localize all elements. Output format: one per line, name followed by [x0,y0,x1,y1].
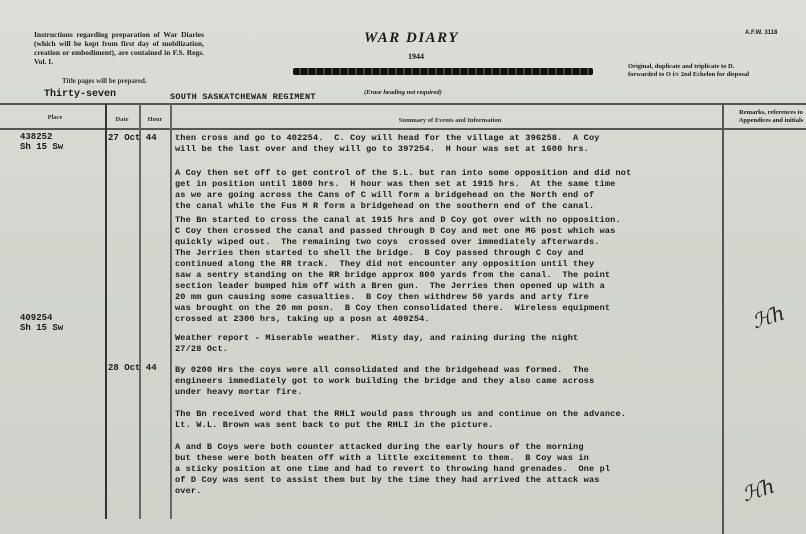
distribution-note: Original, duplicate and triplicate to D.… [628,63,806,79]
hour-column-header: Hour [141,116,169,123]
place-date-divider [105,104,107,519]
summary-column-header: Summary of Events and Information [350,117,550,124]
remarks-column-header: Remarks, references to Appendices and in… [726,109,806,125]
summary-paragraph: The Bn received word that the RHLI would… [175,409,735,431]
summary-paragraph: Weather report - Miserable weather. Mist… [175,333,735,355]
initials-signature: ℋℎ [749,301,787,334]
date-hour-divider [139,104,141,519]
erased-heading [293,68,593,75]
initials-signature: ℋℎ [739,474,777,507]
summary-paragraph: The Bn started to cross the canal at 191… [175,215,735,325]
summary-paragraph: A and B Coys were both counter attacked … [175,442,735,497]
place-column-header: Place [20,114,90,121]
summary-paragraph: By 0200 Hrs the coys were all consolidat… [175,365,735,398]
title-pages-note: Title pages will be prepared. [62,77,147,85]
date-entry: 27 Oct 44 [108,133,157,143]
summary-paragraph: then cross and go to 402254. C. Coy will… [175,133,735,155]
year: 1944 [408,52,424,61]
place-entry: 438252 Sh 15 Sw [20,132,63,152]
war-diary-page: Instructions regarding preparation of Wa… [0,0,806,534]
unit-number: Thirty-seven [44,89,116,100]
instructions-note: Instructions regarding preparation of Wa… [34,30,204,66]
regiment-name: SOUTH SASKATCHEWAN REGIMENT [170,92,316,102]
header-bottom-rule [0,128,806,130]
date-entry: 28 Oct 44 [108,363,157,373]
erase-note: (Erase heading not required) [364,89,442,96]
place-entry: 409254 Sh 15 Sw [20,313,63,333]
summary-paragraph: A Coy then set off to get control of the… [175,168,735,212]
document-title: WAR DIARY [364,30,459,47]
table-top-rule [0,103,806,105]
hour-summary-divider [170,104,172,519]
form-reference: A.F.W. 3118 [745,30,777,37]
date-column-header: Date [107,116,137,123]
